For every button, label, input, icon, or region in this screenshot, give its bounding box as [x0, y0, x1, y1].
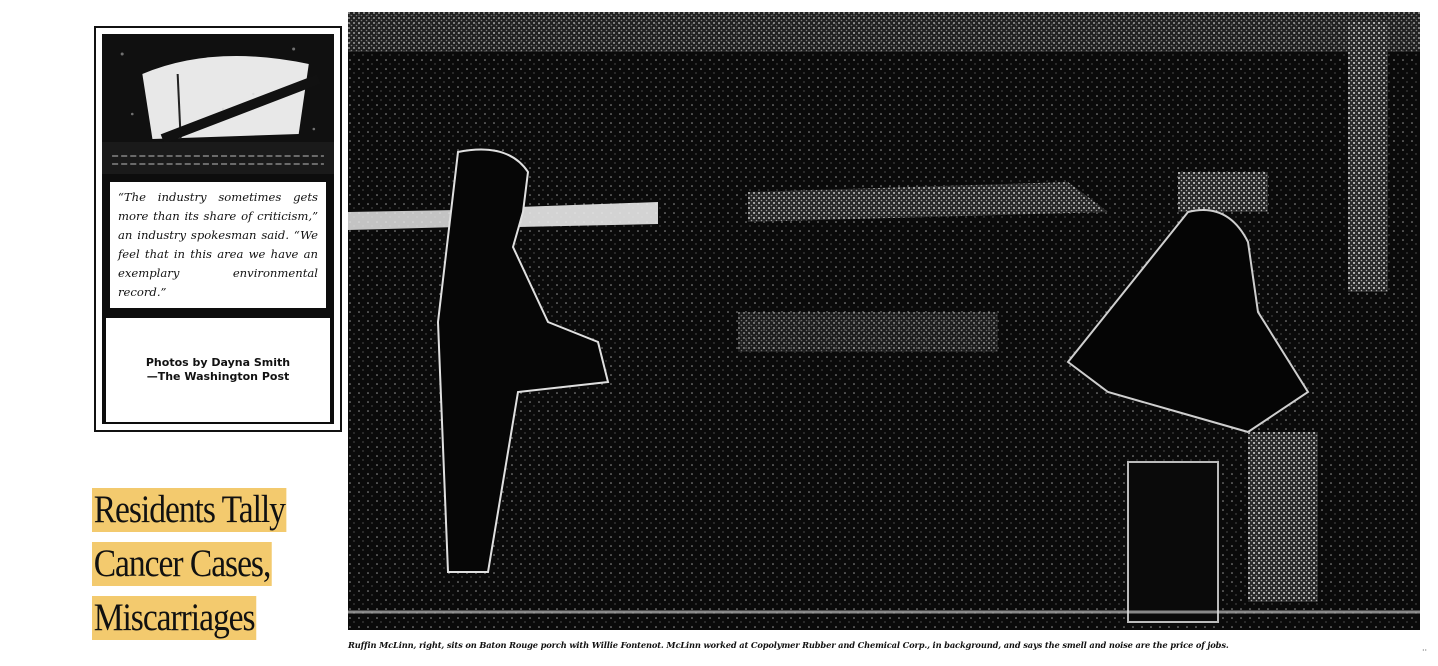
headline: Residents Tally Cancer Cases, Miscarriag… — [92, 488, 342, 650]
photo-credit-line2: —The Washington Post — [147, 370, 290, 384]
pull-quote: “The industry sometimes gets more than i… — [110, 182, 326, 308]
porch-photo-icon — [348, 12, 1420, 630]
photo-credit: Photos by Dayna Smith —The Washington Po… — [106, 318, 330, 422]
pull-quote-text: “The industry sometimes gets more than i… — [118, 188, 318, 302]
main-photo — [348, 12, 1420, 630]
headline-line-3: Miscarriages — [92, 596, 256, 640]
inset-photo — [102, 34, 334, 174]
sidebar-frame: “The industry sometimes gets more than i… — [102, 34, 334, 424]
page-mark: ·· — [1422, 646, 1427, 655]
photo-credit-line1: Photos by Dayna Smith — [146, 356, 290, 370]
headline-line-1: Residents Tally — [92, 488, 287, 532]
industrial-tank-photo-icon — [102, 34, 334, 174]
photo-caption: Ruffin McLinn, right, sits on Baton Roug… — [348, 640, 1428, 650]
headline-line-2: Cancer Cases, — [92, 542, 272, 586]
sidebar-box: “The industry sometimes gets more than i… — [94, 26, 342, 432]
